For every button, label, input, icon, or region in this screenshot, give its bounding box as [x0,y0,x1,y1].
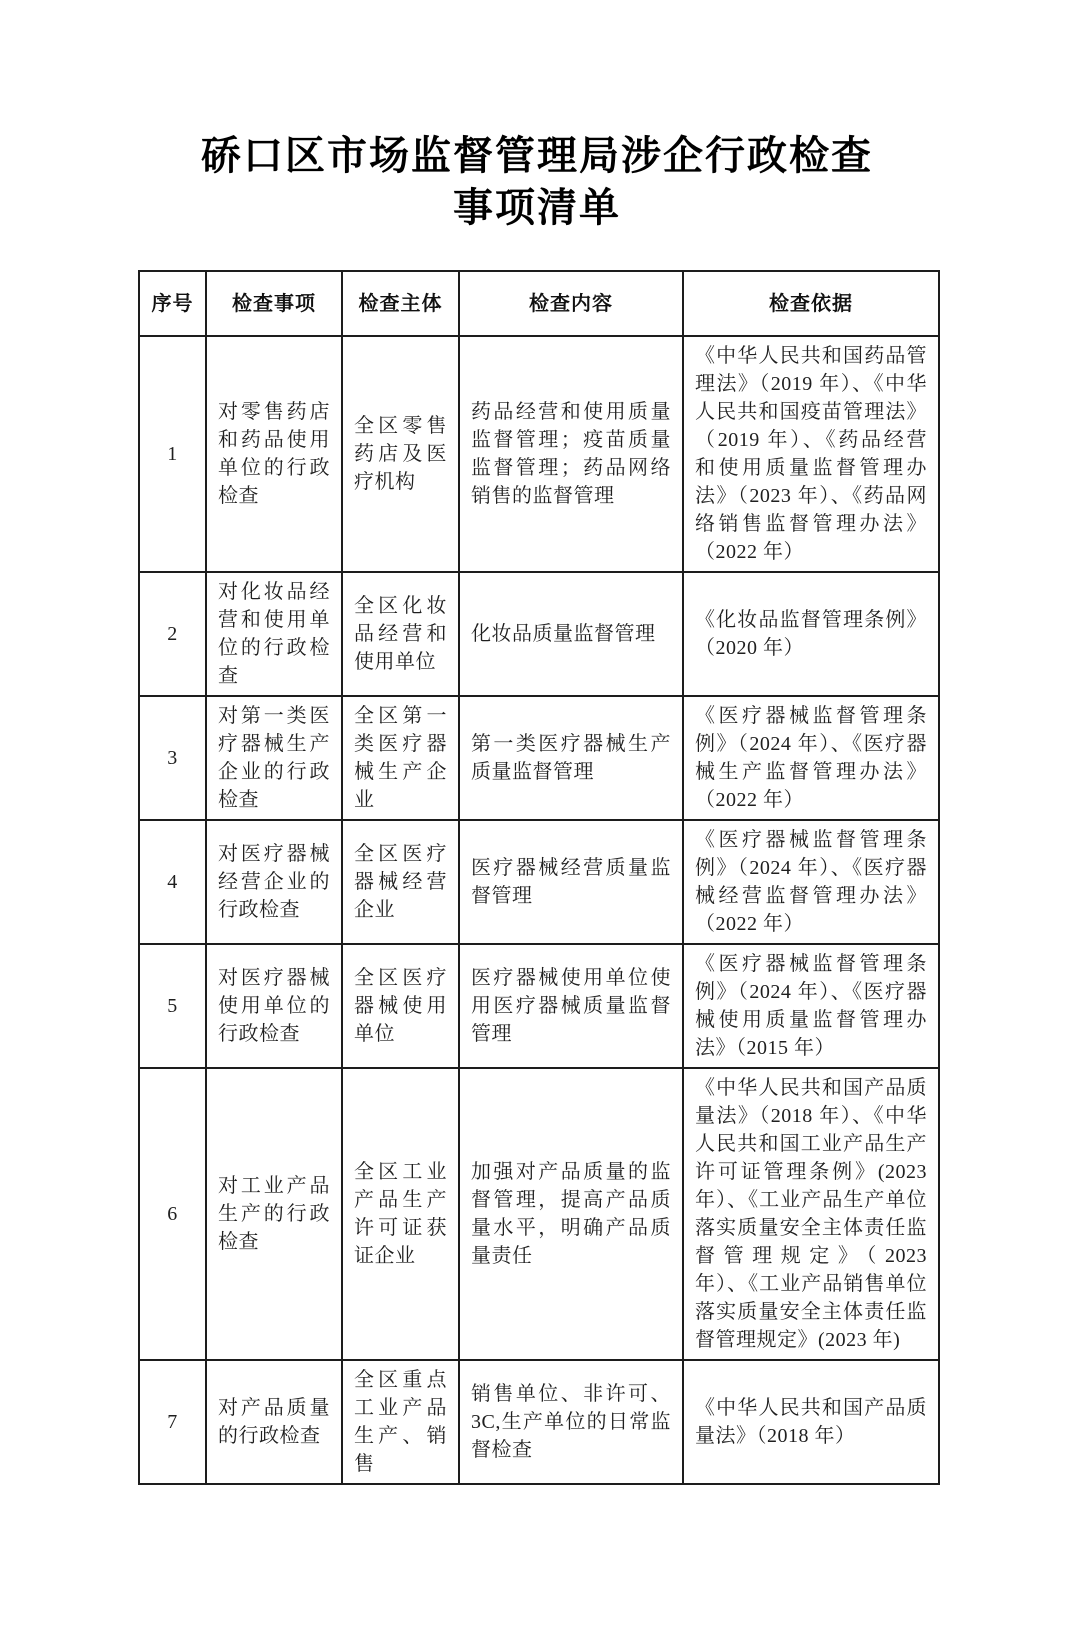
inspection-basis-cell: 《中华人民共和国产品质量法》（2018 年）、《中华人民共和国工业产品生产许可证… [683,1068,939,1360]
inspection-item-cell: 对零售药店和药品使用单位的行政检查 [206,336,342,572]
inspection-items-table: 序号 检查事项 检查主体 检查内容 检查依据 1 对零售药店和药品使用单位的行政… [138,270,940,1485]
inspection-basis-cell: 《医疗器械监督管理条例》（2024 年）、《医疗器械使用质量监督管理办法》（20… [683,944,939,1068]
inspection-basis-cell: 《化妆品监督管理条例》（2020 年） [683,572,939,696]
header-inspection-item: 检查事项 [206,271,342,336]
inspection-content-cell: 医疗器械经营质量监督管理 [459,820,683,944]
inspection-item-cell: 对产品质量的行政检查 [206,1360,342,1484]
table-row: 4 对医疗器械经营企业的行政检查 全区医疗器械经营企业 医疗器械经营质量监督管理… [139,820,939,944]
table-row: 5 对医疗器械使用单位的行政检查 全区医疗器械使用单位 医疗器械使用单位使用医疗… [139,944,939,1068]
inspection-item-cell: 对化妆品经营和使用单位的行政检查 [206,572,342,696]
document-title-line2: 事项清单 [0,182,1074,234]
inspection-basis-cell: 《中华人民共和国产品质量法》（2018 年） [683,1360,939,1484]
header-inspection-subject: 检查主体 [342,271,459,336]
serial-number-cell: 4 [139,820,206,944]
document-title: 硚口区市场监督管理局涉企行政检查 事项清单 [0,130,1074,234]
header-inspection-basis: 检查依据 [683,271,939,336]
inspection-subject-cell: 全区医疗器械经营企业 [342,820,459,944]
serial-number-cell: 6 [139,1068,206,1360]
serial-number-cell: 5 [139,944,206,1068]
serial-number-cell: 2 [139,572,206,696]
inspection-basis-cell: 《医疗器械监督管理条例》（2024 年）、《医疗器械经营监督管理办法》（2022… [683,820,939,944]
inspection-content-cell: 加强对产品质量的监督管理，提高产品质量水平，明确产品质量责任 [459,1068,683,1360]
document-title-line1: 硚口区市场监督管理局涉企行政检查 [0,130,1074,182]
inspection-content-cell: 化妆品质量监督管理 [459,572,683,696]
inspection-subject-cell: 全区医疗器械使用单位 [342,944,459,1068]
inspection-content-cell: 药品经营和使用质量监督管理；疫苗质量监督管理；药品网络销售的监督管理 [459,336,683,572]
table-row: 7 对产品质量的行政检查 全区重点工业产品生产、销售 销售单位、非许可、3C,生… [139,1360,939,1484]
inspection-content-cell: 销售单位、非许可、3C,生产单位的日常监督检查 [459,1360,683,1484]
serial-number-cell: 3 [139,696,206,820]
inspection-content-cell: 第一类医疗器械生产质量监督管理 [459,696,683,820]
inspection-subject-cell: 全区零售药店及医疗机构 [342,336,459,572]
inspection-basis-cell: 《医疗器械监督管理条例》（2024 年）、《医疗器械生产监督管理办法》（2022… [683,696,939,820]
inspection-basis-cell: 《中华人民共和国药品管理法》（2019 年）、《中华人民共和国疫苗管理法》（20… [683,336,939,572]
serial-number-cell: 1 [139,336,206,572]
table-header-row: 序号 检查事项 检查主体 检查内容 检查依据 [139,271,939,336]
table-row: 6 对工业产品生产的行政检查 全区工业产品生产许可证获证企业 加强对产品质量的监… [139,1068,939,1360]
inspection-item-cell: 对工业产品生产的行政检查 [206,1068,342,1360]
inspection-item-cell: 对医疗器械经营企业的行政检查 [206,820,342,944]
table-row: 1 对零售药店和药品使用单位的行政检查 全区零售药店及医疗机构 药品经营和使用质… [139,336,939,572]
inspection-subject-cell: 全区化妆品经营和使用单位 [342,572,459,696]
inspection-subject-cell: 全区重点工业产品生产、销售 [342,1360,459,1484]
inspection-subject-cell: 全区工业产品生产许可证获证企业 [342,1068,459,1360]
inspection-item-cell: 对医疗器械使用单位的行政检查 [206,944,342,1068]
inspection-item-cell: 对第一类医疗器械生产企业的行政检查 [206,696,342,820]
table-row: 3 对第一类医疗器械生产企业的行政检查 全区第一类医疗器械生产企业 第一类医疗器… [139,696,939,820]
header-inspection-content: 检查内容 [459,271,683,336]
header-serial-number: 序号 [139,271,206,336]
inspection-content-cell: 医疗器械使用单位使用医疗器械质量监督管理 [459,944,683,1068]
inspection-subject-cell: 全区第一类医疗器械生产企业 [342,696,459,820]
serial-number-cell: 7 [139,1360,206,1484]
table-row: 2 对化妆品经营和使用单位的行政检查 全区化妆品经营和使用单位 化妆品质量监督管… [139,572,939,696]
